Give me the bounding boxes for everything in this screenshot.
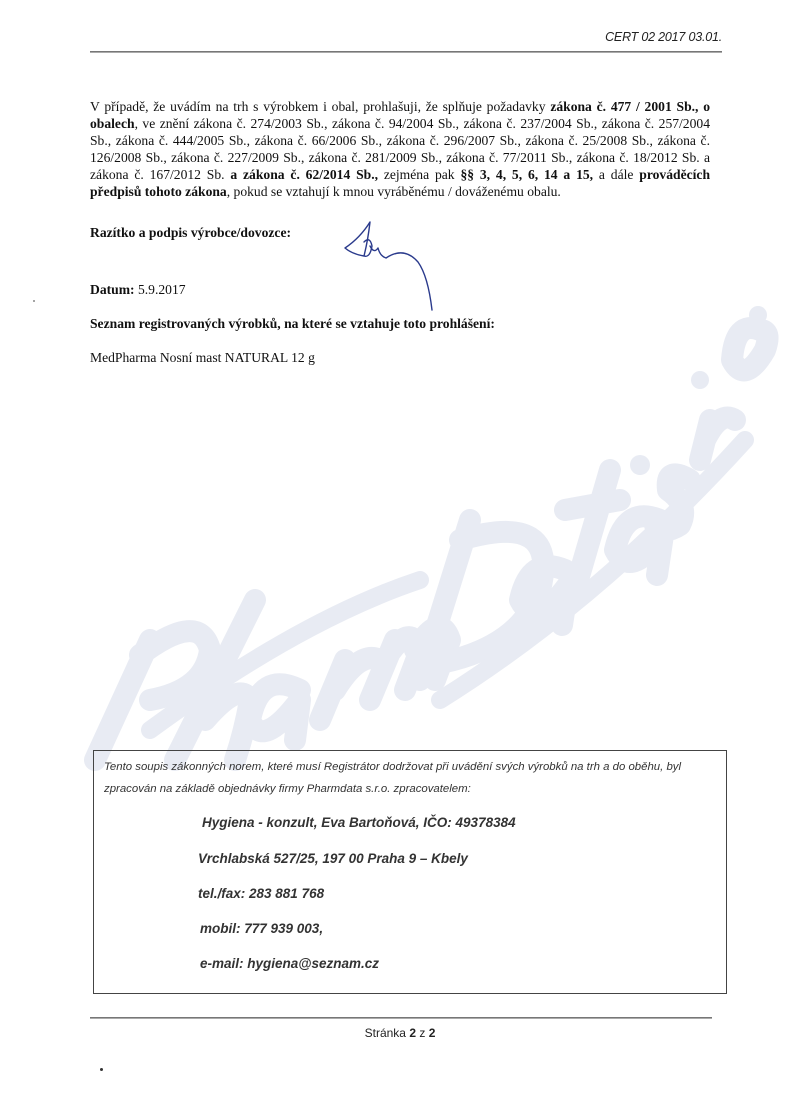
- declaration-text: V případě, že uvádím na trh s výrobkem i…: [90, 99, 550, 114]
- processor-address: Vrchlabská 527/25, 197 00 Praha 9 – Kbel…: [198, 851, 468, 866]
- declaration-text: a dále: [593, 167, 639, 182]
- processor-mobile: mobil: 777 939 003,: [200, 921, 323, 936]
- scan-speck: [100, 1068, 103, 1071]
- date-value: 5.9.2017: [138, 282, 186, 297]
- handwritten-signature: [340, 218, 450, 328]
- processor-intro: Tento soupis zákonných norem, které musí…: [104, 756, 716, 800]
- scan-speck: [33, 300, 35, 302]
- current-page: 2: [409, 1026, 416, 1040]
- declaration-paragraph: V případě, že uvádím na trh s výrobkem i…: [90, 98, 710, 200]
- footer-divider: [90, 1017, 712, 1019]
- header-divider: [90, 51, 722, 53]
- declaration-text: zejména pak: [378, 167, 460, 182]
- total-pages: 2: [429, 1026, 436, 1040]
- document-code: CERT 02 2017 03.01.: [605, 30, 722, 44]
- page-number: Stránka 2 z 2: [0, 1026, 800, 1040]
- date-line: Datum: 5.9.2017: [90, 282, 186, 298]
- signature-label: Razítko a podpis výrobce/dovozce:: [90, 225, 291, 241]
- declaration-text: , pokud se vztahují k mnou vyráběnému / …: [227, 184, 561, 199]
- declaration-law-reference: a zákona č. 62/2014 Sb.,: [230, 167, 378, 182]
- processor-info-box: Tento soupis zákonných norem, které musí…: [93, 750, 727, 994]
- processor-email[interactable]: e-mail: hygiena@seznam.cz: [200, 956, 379, 971]
- product-item: MedPharma Nosní mast NATURAL 12 g: [90, 350, 315, 366]
- processor-company: Hygiena - konzult, Eva Bartoňová, IČO: 4…: [202, 815, 516, 830]
- date-label: Datum:: [90, 282, 135, 297]
- processor-tel-fax: tel./fax: 283 881 768: [198, 886, 324, 901]
- declaration-sections: §§ 3, 4, 5, 6, 14 a 15,: [460, 167, 593, 182]
